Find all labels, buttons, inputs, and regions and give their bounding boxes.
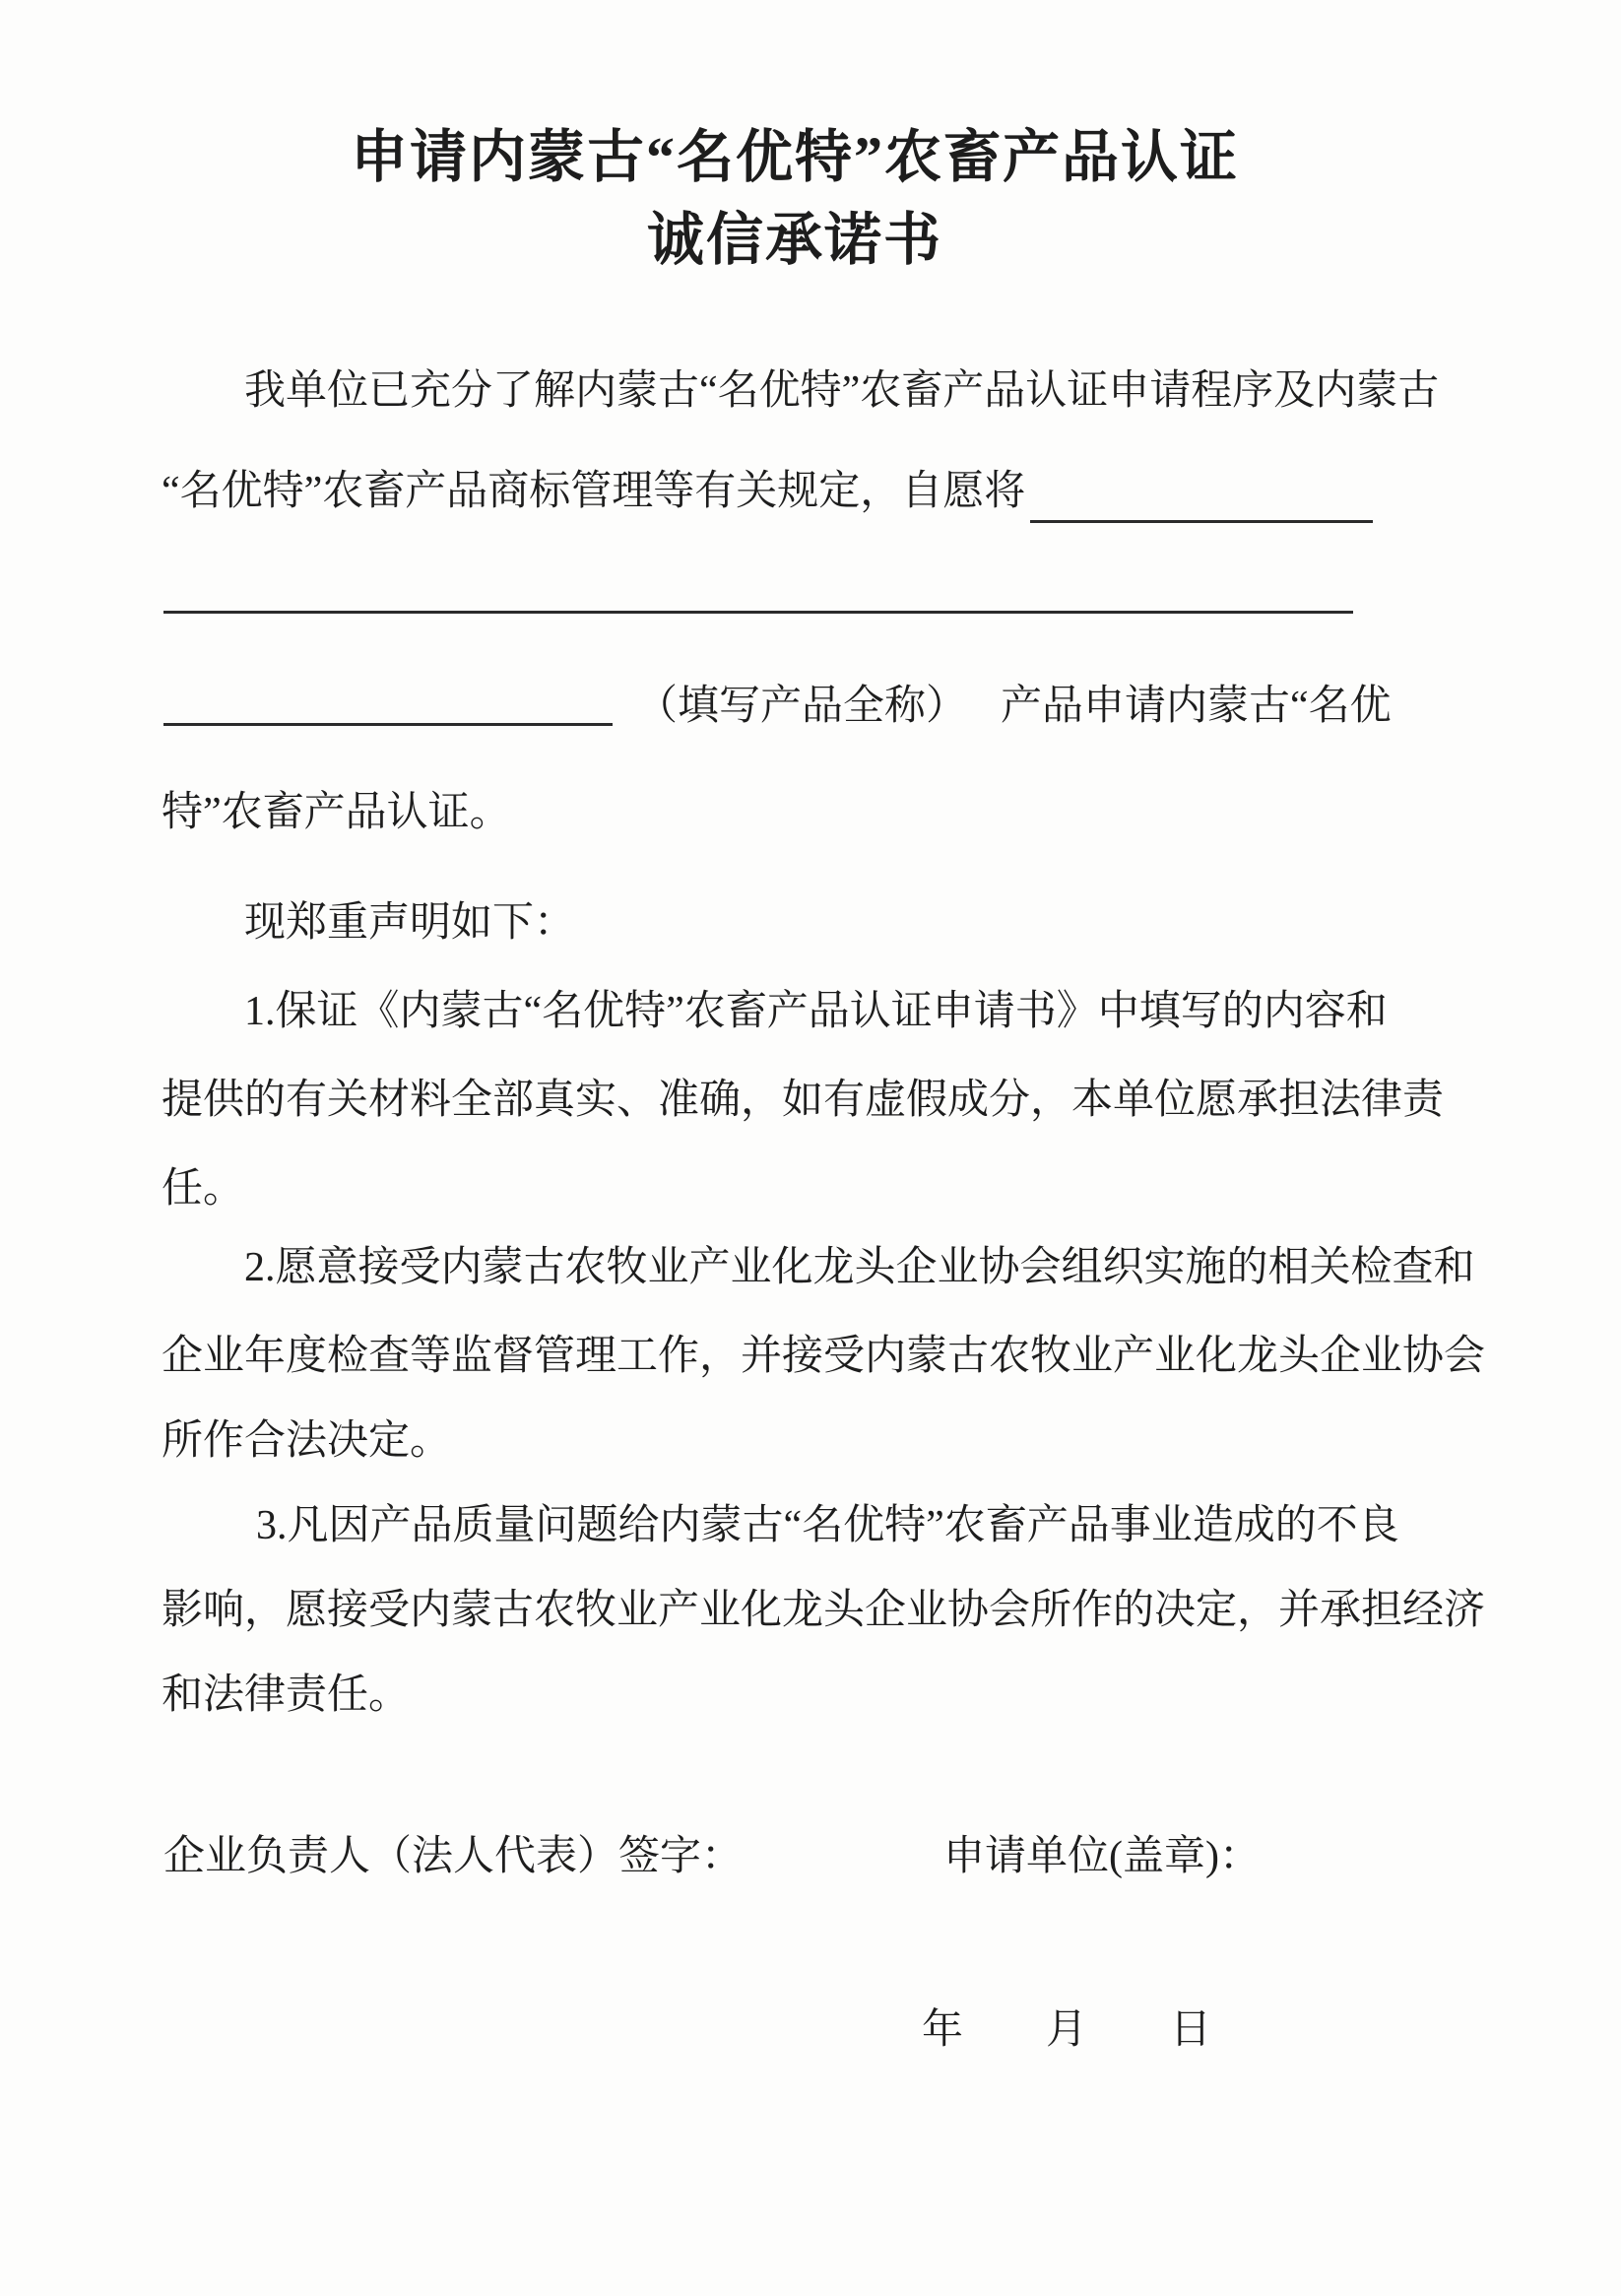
- intro-line-1: 我单位已充分了解内蒙古“名优特”农畜产品认证申请程序及内蒙古: [244, 366, 1439, 416]
- document-title-line-1: 申请内蒙古“名优特”农畜产品认证: [0, 126, 1589, 189]
- product-name-hint: （填写产品全称）: [636, 684, 967, 729]
- declaration-item-2-line-2: 企业年度检查等监督管理工作，并接受内蒙古农牧业产业化龙头企业协会: [162, 1332, 1485, 1381]
- seal-label: 申请单位(盖章)：: [943, 1832, 1261, 1881]
- declaration-heading: 现郑重声明如下：: [244, 898, 575, 948]
- declaration-item-2-line-3: 所作合法决定。: [162, 1416, 451, 1466]
- intro-line-4: 特”农畜产品认证。: [162, 788, 511, 837]
- declaration-item-1-line-1: 1.保证《内蒙古“名优特”农畜产品认证申请书》中填写的内容和: [244, 987, 1388, 1036]
- declaration-item-3-line-3: 和法律责任。: [162, 1671, 410, 1720]
- fill-in-blank-product-start: [1030, 520, 1373, 523]
- declaration-item-3-line-1: 3.凡因产品质量问题给内蒙古“名优特”农畜产品事业造成的不良: [256, 1501, 1399, 1550]
- document-title-line-2: 诚信承诺书: [0, 209, 1589, 272]
- declaration-item-2-line-1: 2.愿意接受内蒙古农牧业产业化龙头企业协会组织实施的相关检查和: [244, 1243, 1475, 1292]
- intro-line-3: （填写产品全称）产品申请内蒙古“名优: [636, 682, 1392, 731]
- intro-line-2: “名优特”农畜产品商标管理等有关规定，自愿将: [162, 467, 1025, 516]
- declaration-item-3-line-2: 影响，愿接受内蒙古农牧业产业化龙头企业协会所作的决定，并承担经济: [162, 1586, 1485, 1635]
- declaration-item-1-line-3: 任。: [162, 1164, 244, 1214]
- declaration-item-1-line-2: 提供的有关材料全部真实、准确，如有虚假成分，本单位愿承担法律责: [162, 1076, 1444, 1125]
- fill-in-blank-product-full-width: [163, 611, 1353, 614]
- intro-line-3-suffix: 产品申请内蒙古“名优: [1001, 684, 1392, 729]
- fill-in-blank-product-end: [163, 723, 613, 726]
- scanned-document-page: 申请内蒙古“名优特”农畜产品认证 诚信承诺书 我单位已充分了解内蒙古“名优特”农…: [0, 0, 1621, 2296]
- date-line: 年 月 日: [922, 2005, 1211, 2055]
- signature-label: 企业负责人（法人代表）签字：: [163, 1832, 743, 1881]
